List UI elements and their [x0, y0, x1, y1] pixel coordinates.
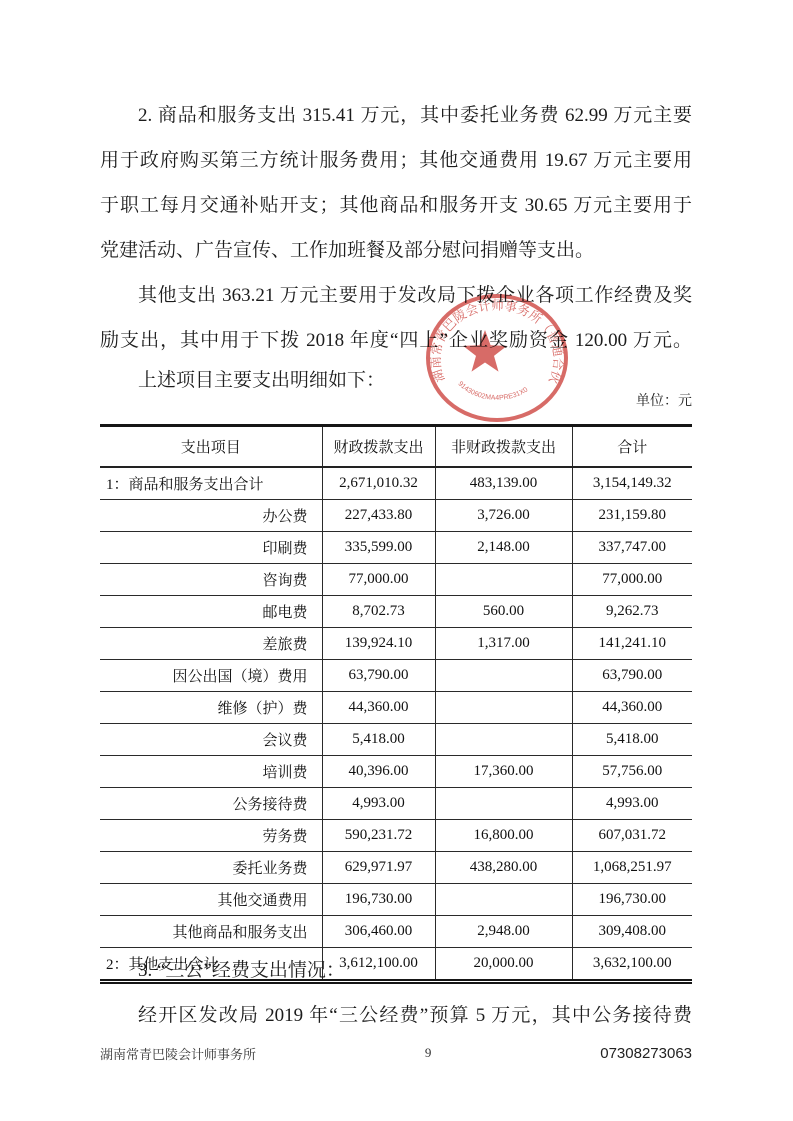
- cell-total: 5,418.00: [572, 724, 692, 756]
- table-row: 委托业务费629,971.97438,280.001,068,251.97: [100, 852, 692, 884]
- table-row: 咨询费77,000.0077,000.00: [100, 564, 692, 596]
- table-row: 邮电费8,702.73560.009,262.73: [100, 596, 692, 628]
- cell-total: 231,159.80: [572, 500, 692, 532]
- cell-fiscal: 196,730.00: [322, 884, 435, 916]
- table-row: 公务接待费4,993.004,993.00: [100, 788, 692, 820]
- body-line: 2. 商品和服务支出 315.41 万元，其中委托业务费 62.99 万元主要: [100, 93, 692, 138]
- cell-nonfiscal: 1,317.00: [435, 628, 572, 660]
- cell-fiscal: 40,396.00: [322, 756, 435, 788]
- footer-firm-name: 湖南常青巴陵会计师事务所: [100, 1044, 256, 1063]
- cell-total: 9,262.73: [572, 596, 692, 628]
- table-row: 劳务费590,231.7216,800.00607,031.72: [100, 820, 692, 852]
- cell-nonfiscal: 16,800.00: [435, 820, 572, 852]
- expenditure-table-container: 支出项目 财政拨款支出 非财政拨款支出 合计 1：商品和服务支出合计2,671,…: [100, 424, 692, 984]
- cell-fiscal: 629,971.97: [322, 852, 435, 884]
- cell-fiscal: 335,599.00: [322, 532, 435, 564]
- cell-fiscal: 590,231.72: [322, 820, 435, 852]
- document-page: 2. 商品和服务支出 315.41 万元，其中委托业务费 62.99 万元主要 …: [0, 0, 793, 1121]
- body-line: 于职工每月交通补贴开支；其他商品和服务开支 30.65 万元主要用于: [100, 183, 692, 228]
- page-footer: 湖南常青巴陵会计师事务所 9 07308273063: [100, 1042, 692, 1064]
- cell-item: 咨询费: [100, 564, 322, 596]
- cell-fiscal: 77,000.00: [322, 564, 435, 596]
- cell-item: 印刷费: [100, 532, 322, 564]
- table-row: 差旅费139,924.101,317.00141,241.10: [100, 628, 692, 660]
- cell-total: 3,154,149.32: [572, 467, 692, 500]
- cell-nonfiscal: [435, 788, 572, 820]
- expenditure-table: 支出项目 财政拨款支出 非财政拨款支出 合计 1：商品和服务支出合计2,671,…: [100, 424, 692, 984]
- body-line: 用于政府购买第三方统计服务费用；其他交通费用 19.67 万元主要用: [100, 138, 692, 183]
- cell-fiscal: 2,671,010.32: [322, 467, 435, 500]
- cell-item: 其他商品和服务支出: [100, 916, 322, 948]
- cell-nonfiscal: [435, 724, 572, 756]
- unit-label: 单位：元: [100, 390, 692, 414]
- cell-nonfiscal: 483,139.00: [435, 467, 572, 500]
- header-total: 合计: [572, 426, 692, 468]
- header-fiscal: 财政拨款支出: [322, 426, 435, 468]
- paragraph-three-public-heading: 3. “三公”经费支出情况：: [100, 948, 692, 993]
- cell-item: 会议费: [100, 724, 322, 756]
- table-row: 因公出国（境）费用63,790.0063,790.00: [100, 660, 692, 692]
- header-nonfiscal: 非财政拨款支出: [435, 426, 572, 468]
- cell-total: 1,068,251.97: [572, 852, 692, 884]
- cell-total: 4,993.00: [572, 788, 692, 820]
- cell-fiscal: 4,993.00: [322, 788, 435, 820]
- cell-total: 141,241.10: [572, 628, 692, 660]
- paragraph-other-expenses: 其他支出 363.21 万元主要用于发改局下拨企业各项工作经费及奖 励支出，其中…: [100, 273, 692, 363]
- cell-fiscal: 139,924.10: [322, 628, 435, 660]
- cell-fiscal: 63,790.00: [322, 660, 435, 692]
- cell-nonfiscal: [435, 660, 572, 692]
- cell-fiscal: 8,702.73: [322, 596, 435, 628]
- cell-total: 63,790.00: [572, 660, 692, 692]
- cell-nonfiscal: 3,726.00: [435, 500, 572, 532]
- cell-item: 因公出国（境）费用: [100, 660, 322, 692]
- table-row: 办公费227,433.803,726.00231,159.80: [100, 500, 692, 532]
- paragraph-goods-services: 2. 商品和服务支出 315.41 万元，其中委托业务费 62.99 万元主要 …: [100, 93, 692, 273]
- body-line: 党建活动、广告宣传、工作加班餐及部分慰问捐赠等支出。: [100, 228, 692, 273]
- table-row: 维修（护）费44,360.0044,360.00: [100, 692, 692, 724]
- cell-item: 培训费: [100, 756, 322, 788]
- table-row: 会议费5,418.005,418.00: [100, 724, 692, 756]
- table-row: 印刷费335,599.002,148.00337,747.00: [100, 532, 692, 564]
- footer-phone-number: 07308273063: [600, 1045, 692, 1062]
- cell-fiscal: 227,433.80: [322, 500, 435, 532]
- cell-item: 其他交通费用: [100, 884, 322, 916]
- cell-total: 77,000.00: [572, 564, 692, 596]
- header-item: 支出项目: [100, 426, 322, 468]
- cell-item: 差旅费: [100, 628, 322, 660]
- cell-item: 邮电费: [100, 596, 322, 628]
- cell-nonfiscal: 17,360.00: [435, 756, 572, 788]
- cell-total: 337,747.00: [572, 532, 692, 564]
- table-row: 其他交通费用196,730.00196,730.00: [100, 884, 692, 916]
- cell-total: 57,756.00: [572, 756, 692, 788]
- cell-item: 1：商品和服务支出合计: [100, 467, 322, 500]
- footer-page-number: 9: [425, 1045, 432, 1061]
- cell-nonfiscal: [435, 692, 572, 724]
- cell-fiscal: 44,360.00: [322, 692, 435, 724]
- cell-total: 309,408.00: [572, 916, 692, 948]
- cell-fiscal: 5,418.00: [322, 724, 435, 756]
- cell-nonfiscal: 2,148.00: [435, 532, 572, 564]
- table-header-row: 支出项目 财政拨款支出 非财政拨款支出 合计: [100, 426, 692, 468]
- cell-nonfiscal: 438,280.00: [435, 852, 572, 884]
- table-row: 培训费40,396.0017,360.0057,756.00: [100, 756, 692, 788]
- paragraph-three-public-body: 经开区发改局 2019 年“三公经费”预算 5 万元，其中公务接待费: [100, 993, 692, 1038]
- cell-item: 劳务费: [100, 820, 322, 852]
- cell-item: 维修（护）费: [100, 692, 322, 724]
- body-line: 励支出，其中用于下拨 2018 年度“四上”企业奖励资金 120.00 万元。: [100, 318, 692, 363]
- cell-total: 607,031.72: [572, 820, 692, 852]
- cell-nonfiscal: [435, 884, 572, 916]
- cell-nonfiscal: [435, 564, 572, 596]
- cell-total: 44,360.00: [572, 692, 692, 724]
- table-row: 其他商品和服务支出306,460.002,948.00309,408.00: [100, 916, 692, 948]
- body-line: 其他支出 363.21 万元主要用于发改局下拨企业各项工作经费及奖: [100, 273, 692, 318]
- table-row: 1：商品和服务支出合计2,671,010.32483,139.003,154,1…: [100, 467, 692, 500]
- cell-item: 公务接待费: [100, 788, 322, 820]
- cell-fiscal: 306,460.00: [322, 916, 435, 948]
- cell-total: 196,730.00: [572, 884, 692, 916]
- cell-item: 办公费: [100, 500, 322, 532]
- cell-nonfiscal: 2,948.00: [435, 916, 572, 948]
- cell-item: 委托业务费: [100, 852, 322, 884]
- expenditure-table-body: 1：商品和服务支出合计2,671,010.32483,139.003,154,1…: [100, 467, 692, 982]
- cell-nonfiscal: 560.00: [435, 596, 572, 628]
